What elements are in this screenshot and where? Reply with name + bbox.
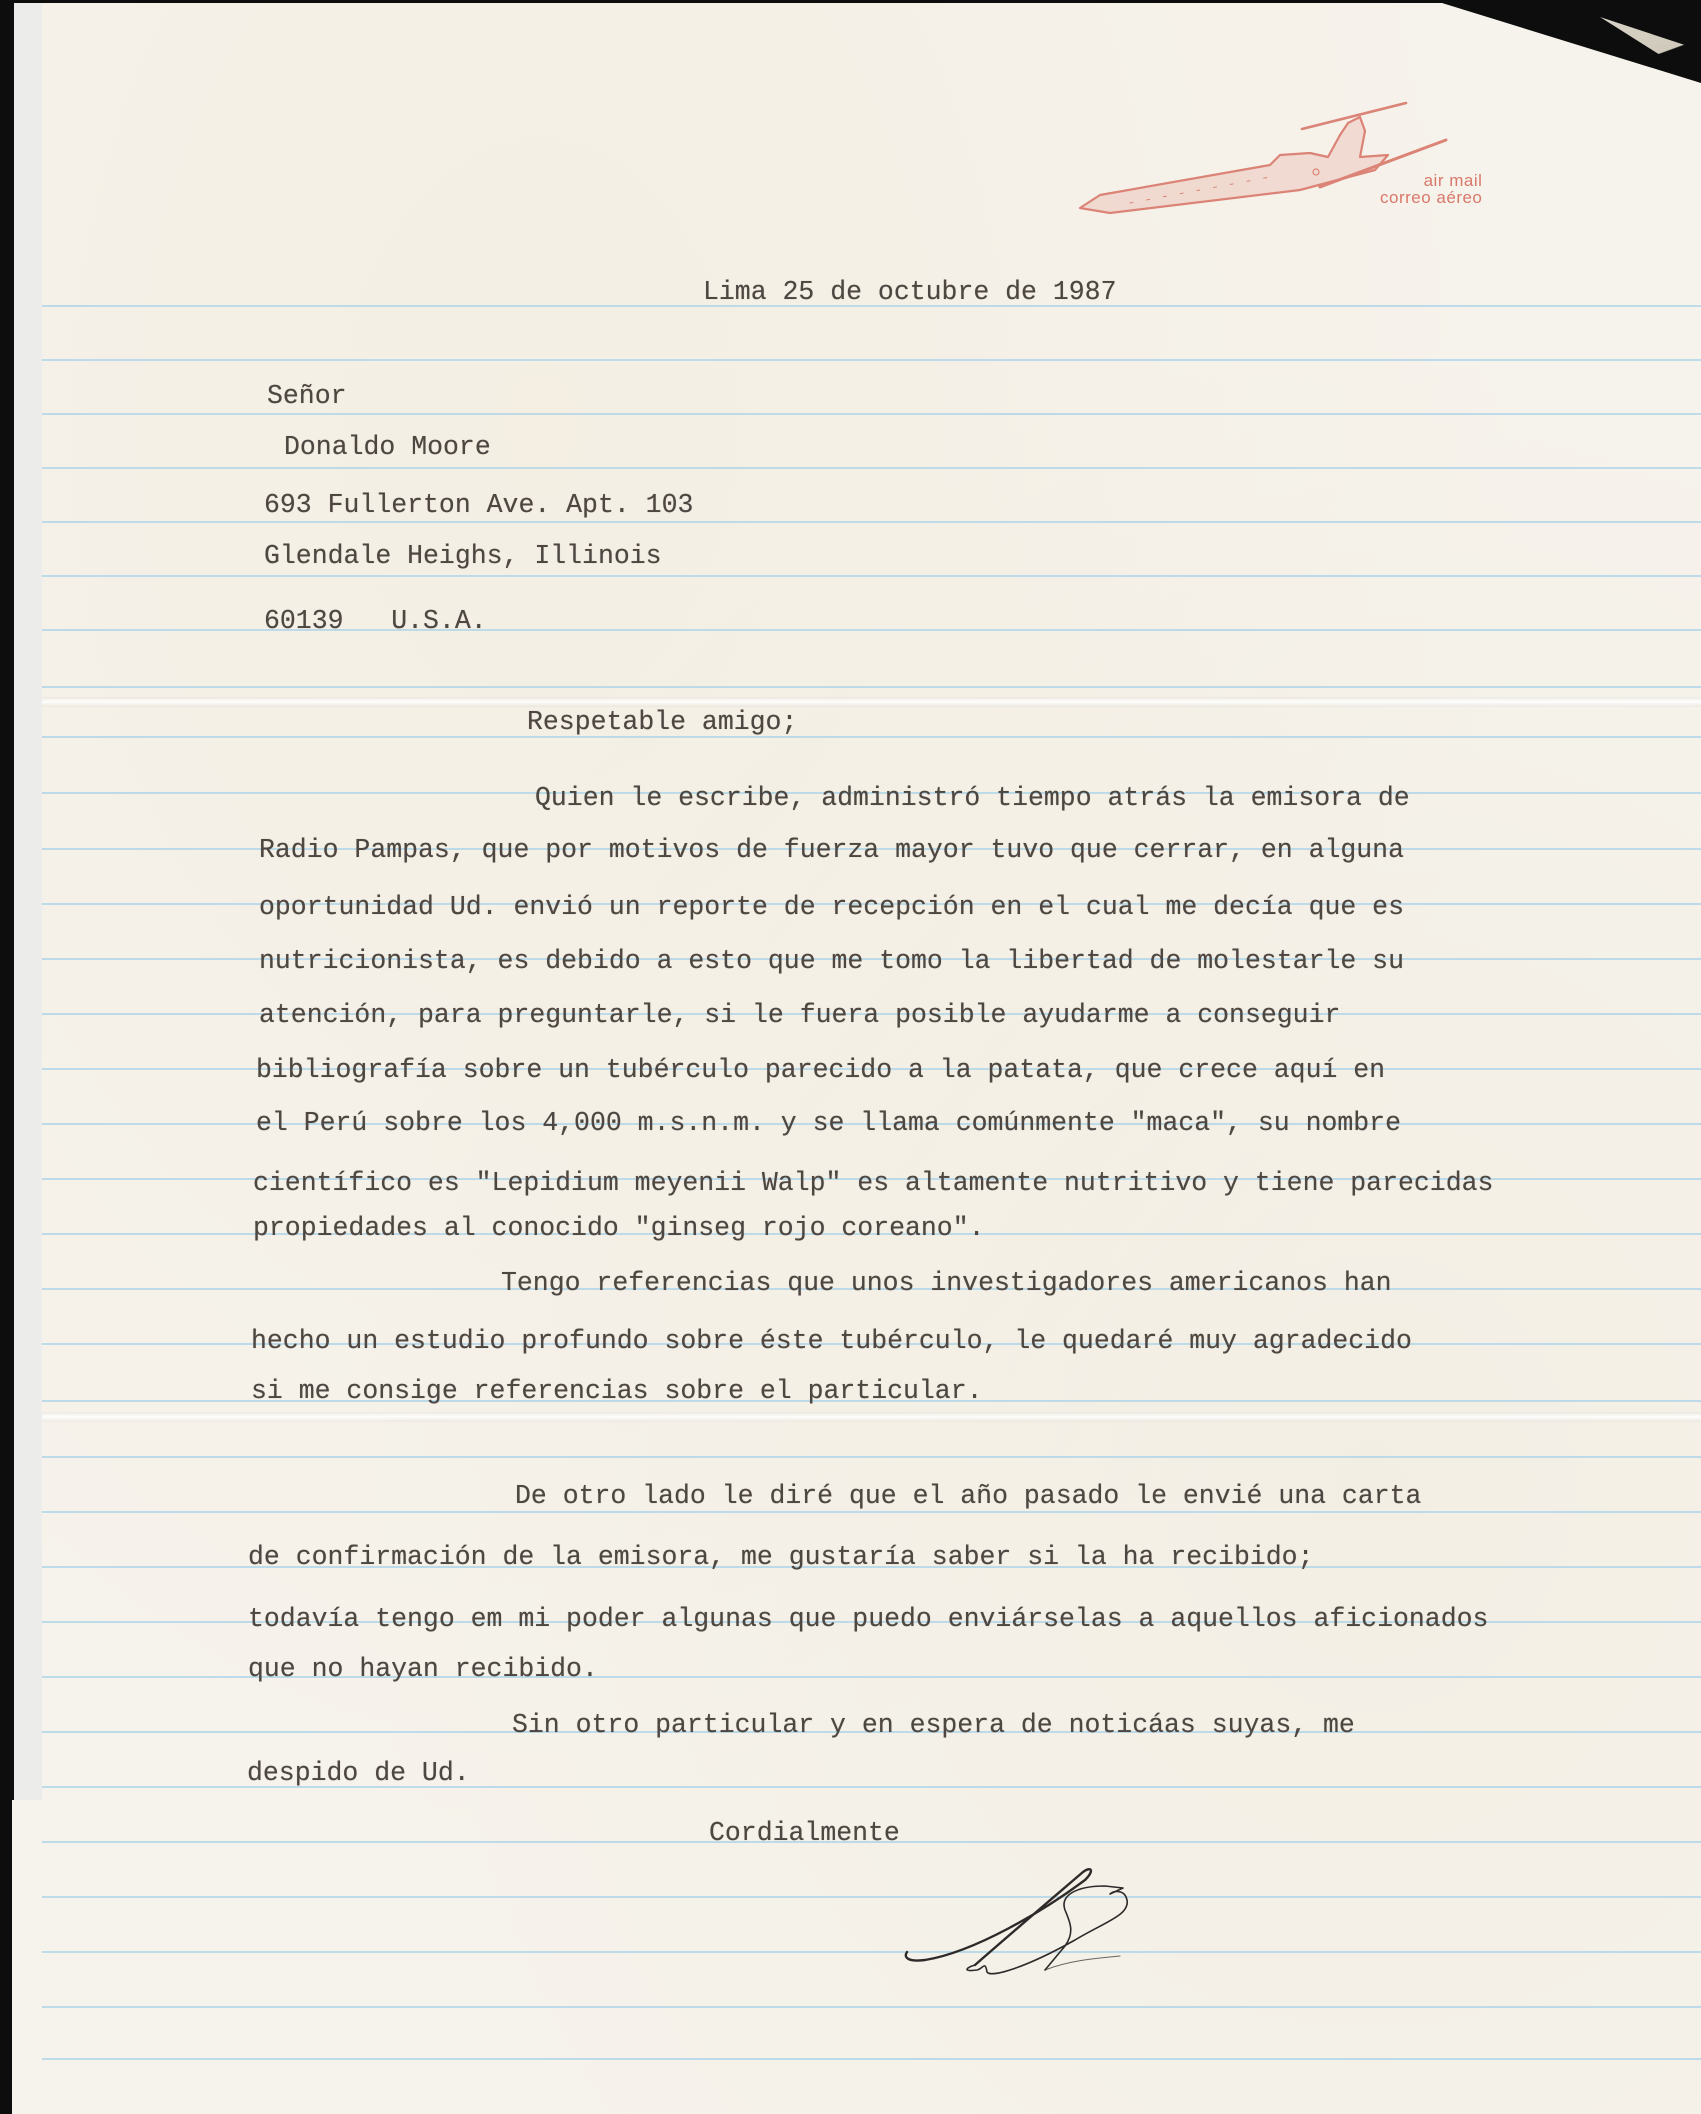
letter-paper-bottom-edge — [12, 1800, 52, 2114]
ruled-line — [42, 686, 1701, 688]
greeting: Respetable amigo; — [527, 707, 797, 737]
body-line: De otro lado le diré que el año pasado l… — [515, 1481, 1421, 1511]
paper-fold-crease — [42, 1412, 1701, 1422]
ruled-line — [42, 1896, 1701, 1898]
recipient-street: 693 Fullerton Ave. Apt. 103 — [264, 490, 693, 520]
scan-edge — [14, 3, 44, 1803]
letter-date: Lima 25 de octubre de 1987 — [703, 277, 1116, 307]
ruled-line — [42, 1456, 1701, 1458]
ruled-line — [42, 467, 1701, 469]
ruled-line — [42, 413, 1701, 415]
body-line: despido de Ud. — [247, 1758, 470, 1788]
body-line: atención, para preguntarle, si le fuera … — [259, 1000, 1340, 1030]
body-line: todavía tengo em mi poder algunas que pu… — [248, 1604, 1488, 1634]
body-line: el Perú sobre los 4,000 m.s.n.m. y se ll… — [256, 1108, 1401, 1138]
paper-fold-crease — [42, 697, 1701, 707]
ruled-line — [42, 736, 1701, 738]
airmail-label-es: correo aéreo — [1380, 189, 1482, 206]
ruled-line — [42, 1951, 1701, 1953]
recipient-title: Señor — [267, 381, 347, 411]
body-line: que no hayan recibido. — [248, 1654, 598, 1684]
body-line: propiedades al conocido "ginseg rojo cor… — [253, 1213, 985, 1243]
signature — [895, 1860, 1165, 1980]
body-line: de confirmación de la emisora, me gustar… — [248, 1542, 1313, 1572]
body-line: Tengo referencias que unos investigadore… — [501, 1268, 1392, 1298]
body-line: oportunidad Ud. envió un reporte de rece… — [259, 892, 1404, 922]
airmail-label-en: air mail — [1380, 172, 1482, 189]
ruled-line — [42, 521, 1701, 523]
airmail-label: air mail correo aéreo — [1380, 172, 1482, 206]
recipient-name: Donaldo Moore — [284, 432, 491, 462]
ruled-line — [42, 1511, 1701, 1513]
body-line: bibliografía sobre un tubérculo parecido… — [256, 1055, 1385, 1085]
body-line: Sin otro particular y en espera de notic… — [512, 1710, 1355, 1740]
body-line: Radio Pampas, que por motivos de fuerza … — [259, 835, 1404, 865]
closing: Cordialmente — [709, 1818, 900, 1848]
body-line: hecho un estudio profundo sobre éste tub… — [251, 1326, 1412, 1356]
ruled-line — [42, 2006, 1701, 2008]
body-line: si me consige referencias sobre el parti… — [251, 1376, 983, 1406]
recipient-postal: 60139 U.S.A. — [264, 606, 487, 636]
recipient-city: Glendale Heighs, Illinois — [264, 541, 662, 571]
body-line: nutricionista, es debido a esto que me t… — [259, 946, 1404, 976]
body-line: Quien le escribe, administró tiempo atrá… — [535, 783, 1410, 813]
ruled-line — [42, 575, 1701, 577]
ruled-line — [42, 359, 1701, 361]
ruled-line — [42, 2058, 1701, 2060]
body-line: científico es "Lepidium meyenii Walp" es… — [253, 1168, 1493, 1198]
